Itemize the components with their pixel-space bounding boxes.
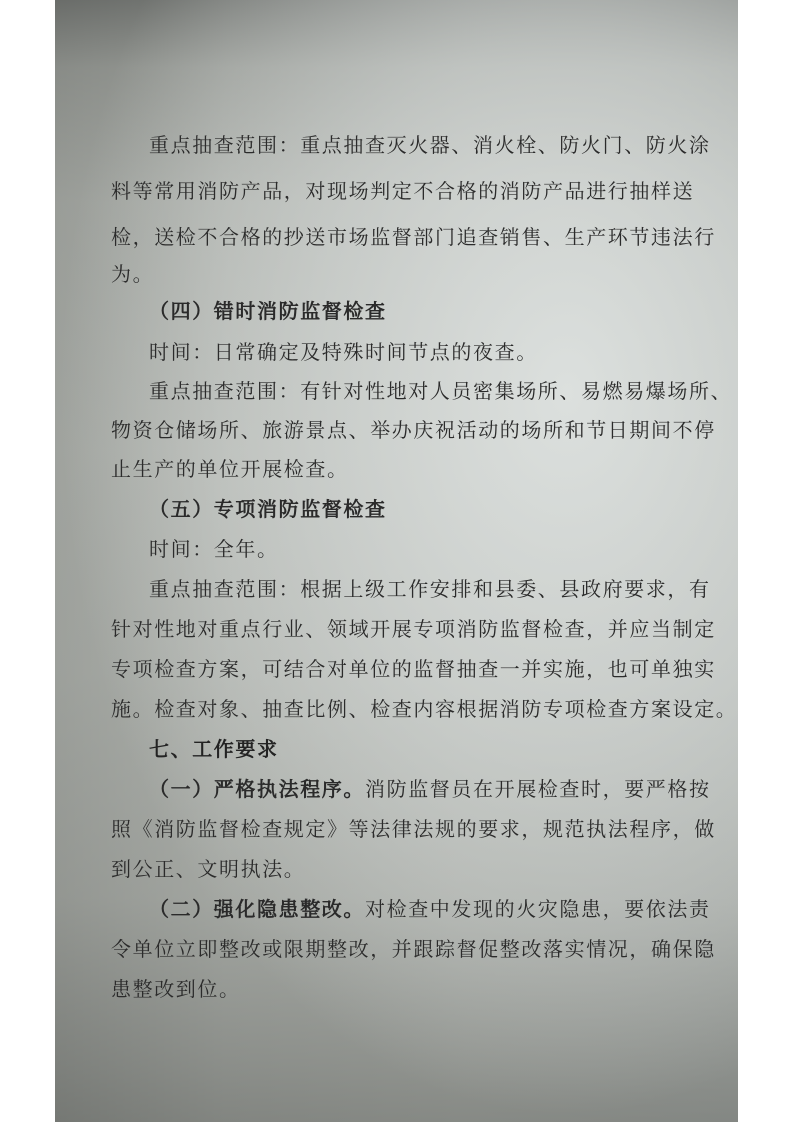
scope-3-line-1: 重点抽查范围：重点抽查灭火器、消火栓、防火门、防火涂	[149, 133, 711, 157]
req-2-text: 对检查中发现的火灾隐患，要依法责	[365, 897, 711, 921]
req-1-line-3: 到公正、文明执法。	[111, 857, 305, 881]
req-2-line-2: 令单位立即整改或限期整改，并跟踪督促整改落实情况，确保隐	[111, 937, 716, 961]
section-4-time: 时间：日常确定及特殊时间节点的夜查。	[149, 340, 538, 364]
section-5-title: （五）专项消防监督检查	[149, 497, 387, 521]
section-5-time: 时间：全年。	[149, 537, 279, 561]
section-5-scope-line-2: 针对性地对重点行业、领域开展专项消防监督检查，并应当制定	[111, 617, 716, 641]
req-1-text: 消防监督员在开展检查时，要严格按	[365, 777, 711, 801]
section-5-scope-line-4: 施。检查对象、抽查比例、检查内容根据消防专项检查方案设定。	[111, 697, 737, 721]
scope-3-line-2: 料等常用消防产品，对现场判定不合格的消防产品进行抽样送	[111, 179, 694, 203]
req-1-label: （一）严格执法程序。	[149, 777, 365, 801]
chapter-7-title: 七、工作要求	[149, 737, 279, 761]
section-4-scope-line-2: 物资仓储场所、旅游景点、举办庆祝活动的场所和节日期间不停	[111, 418, 716, 442]
section-5-scope-line-3: 专项检查方案，可结合对单位的监督抽查一并实施，也可单独实	[111, 657, 716, 681]
scope-3-line-3: 检，送检不合格的抄送市场监督部门追查销售、生产环节违法行	[111, 225, 716, 249]
req-2-line-1: （二）强化隐患整改。对检查中发现的火灾隐患，要依法责	[149, 897, 711, 921]
req-1-line-1: （一）严格执法程序。消防监督员在开展检查时，要严格按	[149, 777, 711, 801]
req-2-line-3: 患整改到位。	[111, 977, 241, 1001]
scope-3-line-4: 为。	[111, 262, 154, 286]
section-5-scope-line-1: 重点抽查范围：根据上级工作安排和县委、县政府要求，有	[149, 577, 711, 601]
req-1-line-2: 照《消防监督检查规定》等法律法规的要求，规范执法程序，做	[111, 817, 716, 841]
section-4-scope-line-3: 止生产的单位开展检查。	[111, 457, 349, 481]
section-4-scope-line-1: 重点抽查范围：有针对性地对人员密集场所、易燃易爆场所、	[149, 379, 732, 403]
section-4-title: （四）错时消防监督检查	[149, 299, 387, 323]
req-2-label: （二）强化隐患整改。	[149, 897, 365, 921]
